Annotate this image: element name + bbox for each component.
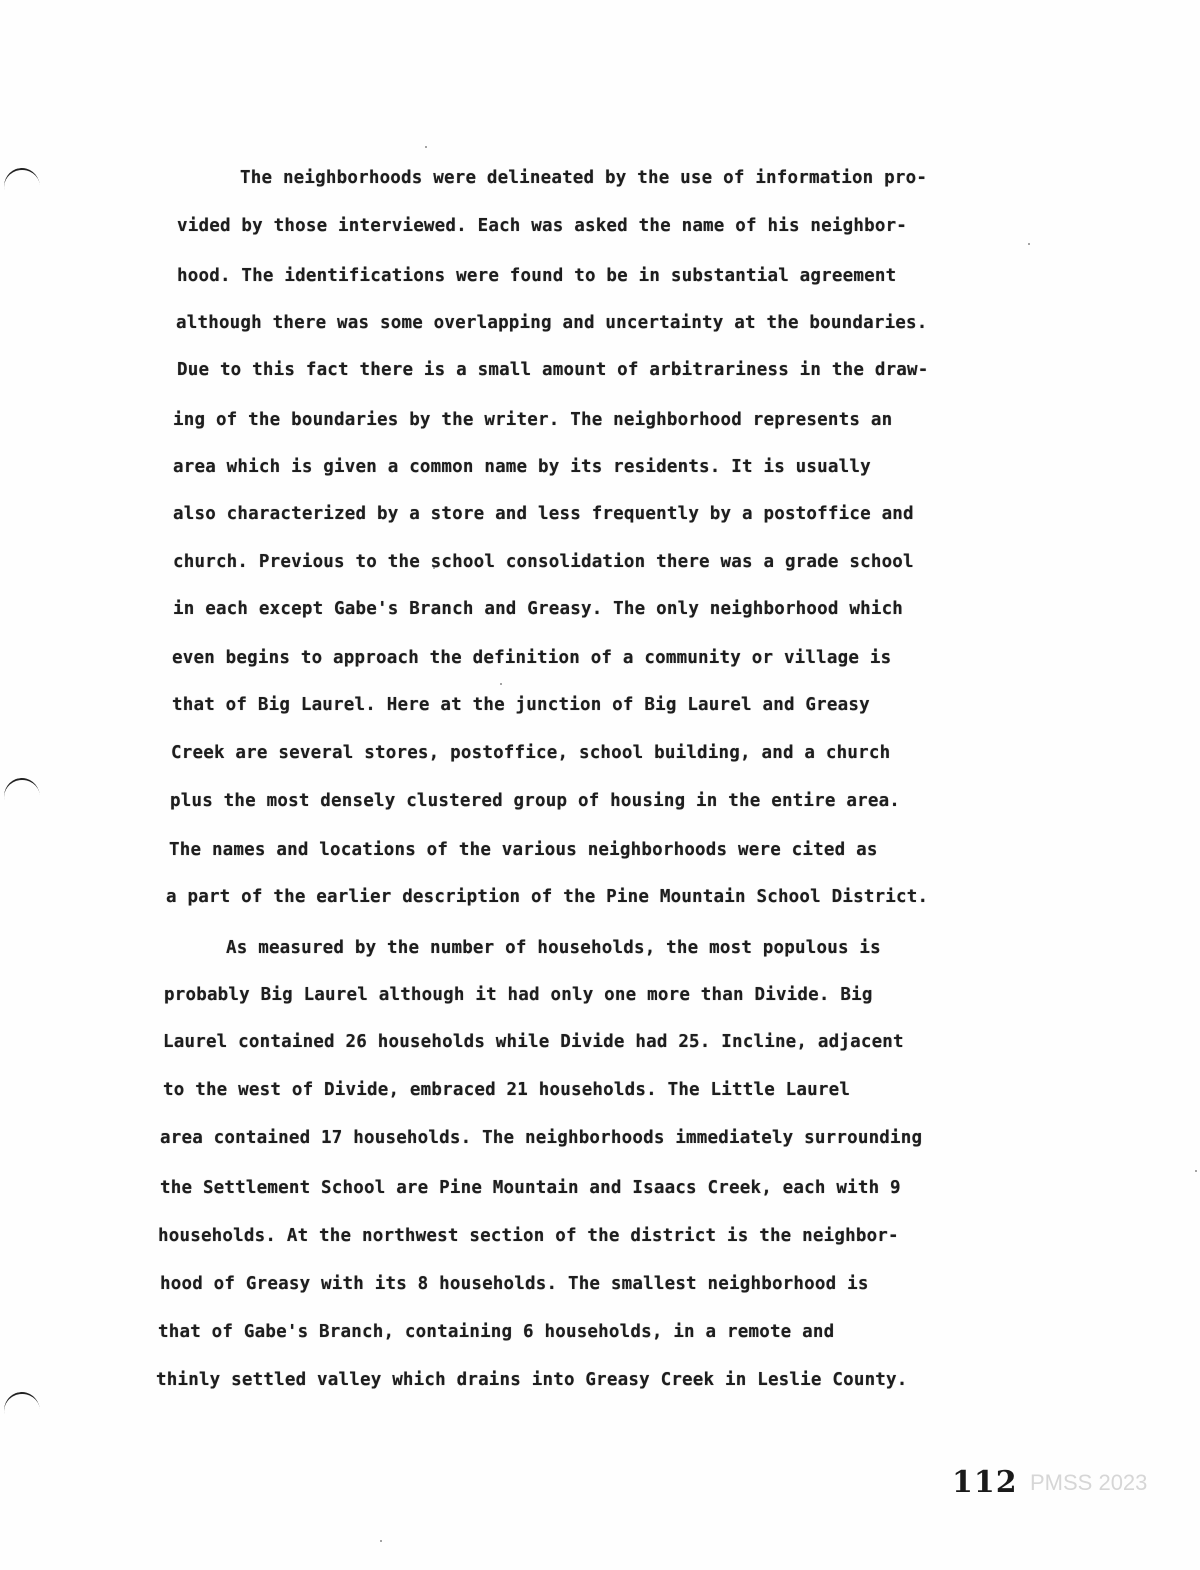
text-line: area contained 17 households. The neighb…	[160, 1128, 922, 1148]
document-page: The neighborhoods were delineated by the…	[0, 0, 1200, 1570]
scan-speck	[433, 567, 435, 569]
text-line: As measured by the number of households,…	[226, 938, 881, 958]
text-line: area which is given a common name by its…	[173, 457, 871, 477]
text-line: although there was some overlapping and …	[176, 313, 928, 333]
text-line: vided by those interviewed. Each was ask…	[177, 216, 907, 236]
scan-speck	[1028, 243, 1030, 245]
text-line: households. At the northwest section of …	[158, 1226, 899, 1246]
text-line: probably Big Laurel although it had only…	[164, 985, 873, 1005]
scan-speck	[1195, 1170, 1197, 1172]
binder-hole-mark	[2, 1390, 43, 1433]
text-line: also characterized by a store and less f…	[173, 504, 914, 524]
text-line: church. Previous to the school consolida…	[173, 552, 914, 572]
text-line: that of Big Laurel. Here at the junction…	[172, 695, 870, 715]
text-line: hood of Greasy with its 8 households. Th…	[160, 1274, 869, 1294]
scan-speck	[380, 1540, 382, 1542]
binder-hole-mark	[2, 166, 43, 209]
scan-speck	[425, 146, 427, 148]
binder-hole-mark	[2, 776, 43, 819]
text-line: to the west of Divide, embraced 21 house…	[163, 1080, 850, 1100]
text-line: Due to this fact there is a small amount…	[177, 360, 929, 380]
text-line: even begins to approach the definition o…	[172, 648, 891, 668]
text-line: that of Gabe's Branch, containing 6 hous…	[158, 1322, 834, 1342]
text-line: Laurel contained 26 households while Div…	[163, 1032, 904, 1052]
text-line: Creek are several stores, postoffice, sc…	[171, 743, 890, 763]
page-number: 112	[952, 1465, 1018, 1500]
text-line: ing of the boundaries by the writer. The…	[173, 410, 892, 430]
text-line: a part of the earlier description of the…	[166, 887, 928, 907]
watermark: PMSS 2023	[1030, 1470, 1147, 1496]
scan-speck	[500, 683, 502, 685]
text-line: The names and locations of the various n…	[169, 840, 878, 860]
text-line: the Settlement School are Pine Mountain …	[160, 1178, 901, 1198]
text-line: in each except Gabe's Branch and Greasy.…	[173, 599, 903, 619]
text-line: thinly settled valley which drains into …	[156, 1370, 908, 1390]
text-line: plus the most densely clustered group of…	[170, 791, 900, 811]
text-line: hood. The identifications were found to …	[177, 266, 896, 286]
text-line: The neighborhoods were delineated by the…	[240, 168, 927, 188]
